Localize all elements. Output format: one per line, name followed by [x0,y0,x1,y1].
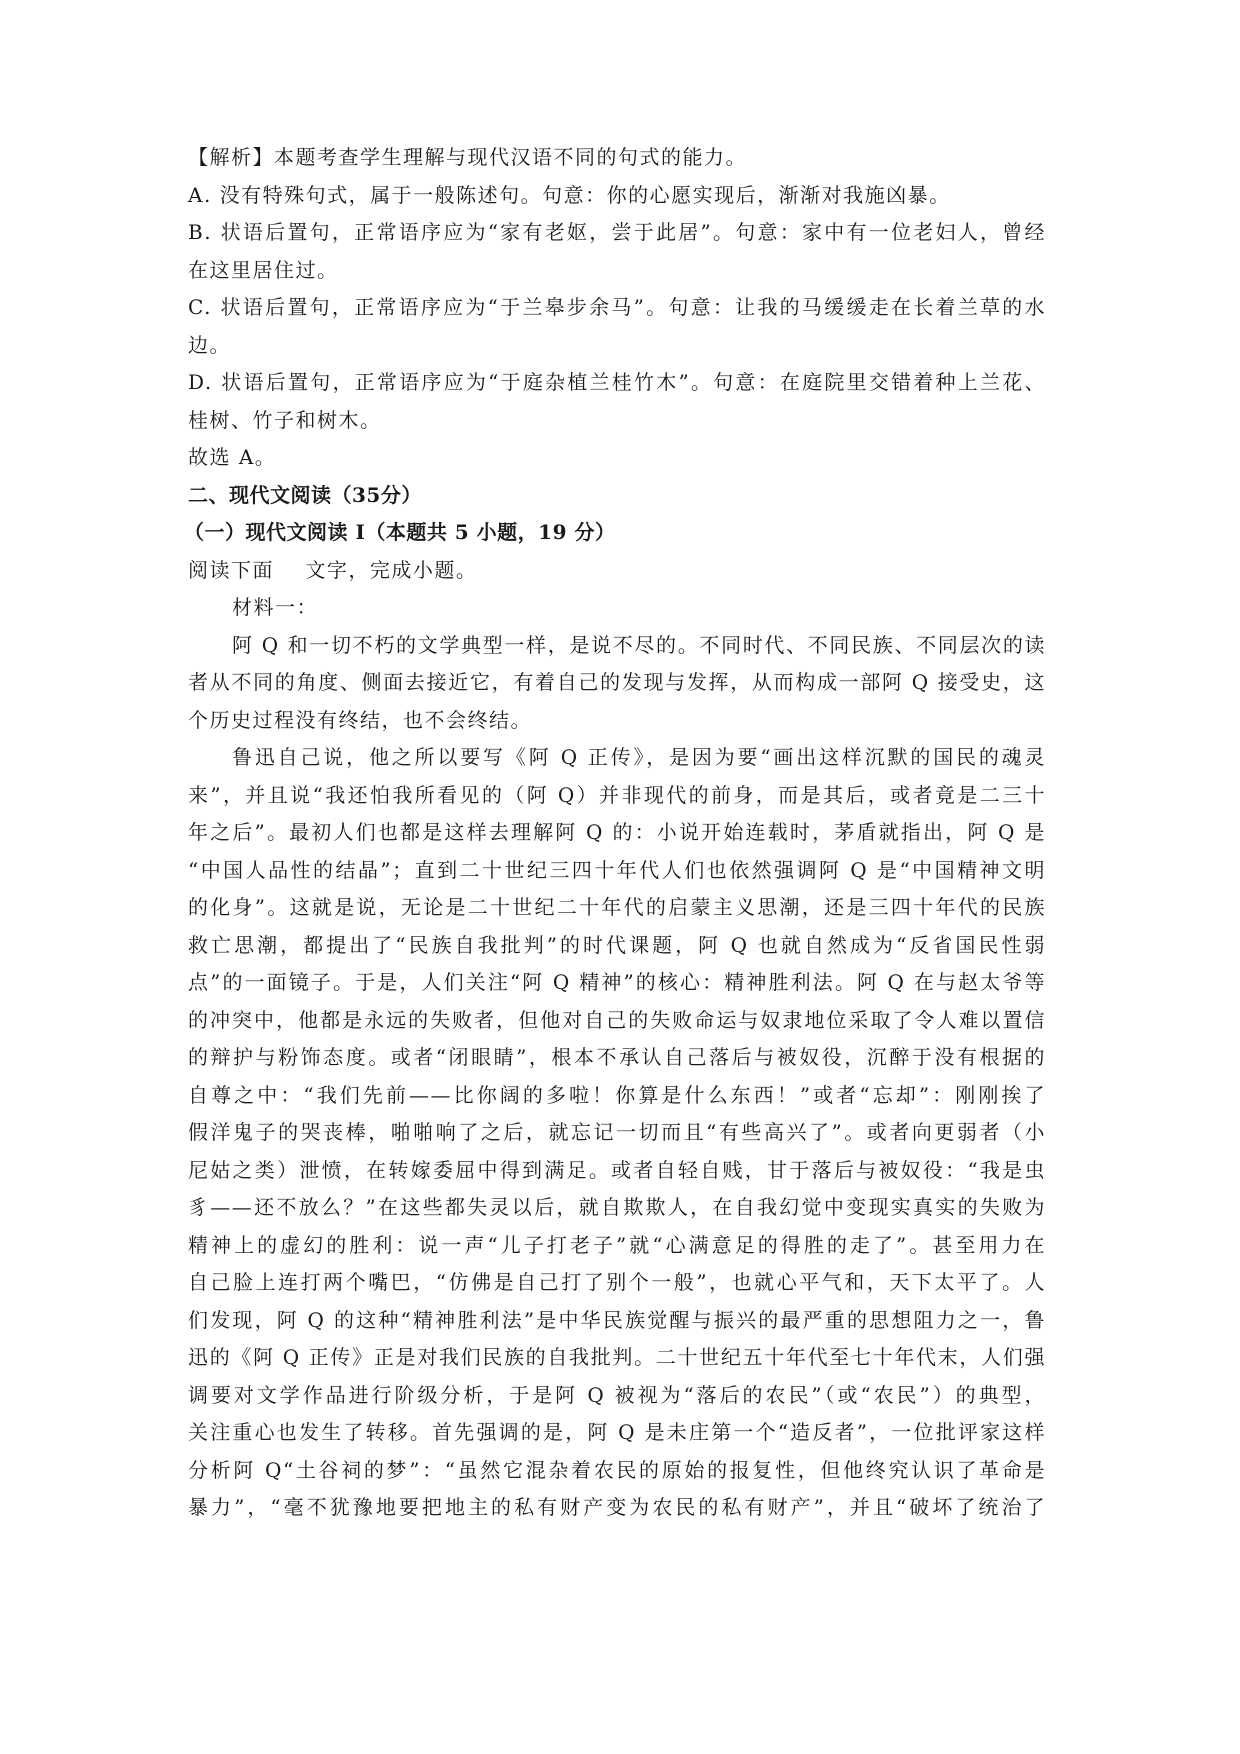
analysis-option-a: A. 没有特殊句式，属于一般陈述句。句意：你的心愿实现后，渐渐对我施凶暴。 [188,177,1046,215]
paragraph-line: 尼姑之类）泄愤，在转嫁委屈中得到满足。或者自轻自贱，甘于落后与被奴役：“我是虫 [188,1152,1046,1190]
paragraph-line: 点”的一面镜子。于是，人们关注“阿 Q 精神”的核心：精神胜利法。阿 Q 在与赵… [188,964,1046,1002]
document-page: 【解析】本题考查学生理解与现代汉语不同的句式的能力。 A. 没有特殊句式，属于一… [188,139,1046,1527]
paragraph-line: 来”，并且说“我还怕我所看见的（阿 Q）并非现代的前身，而是其后，或者竟是二三十 [188,777,1046,815]
analysis-option-d: D. 状语后置句，正常语序应为“于庭杂植兰桂竹木”。句意：在庭院里交错着种上兰花… [188,364,1046,402]
paragraph-line: 迅的《阿 Q 正传》正是对我们民族的自我批判。二十世纪五十年代至七十年代末，人们… [188,1339,1046,1377]
reading-instruction: 阅读下面 文字，完成小题。 [188,552,1046,590]
paragraph-line: 们发现，阿 Q 的这种“精神胜利法”是中华民族觉醒与振兴的最严重的思想阻力之一，… [188,1302,1046,1340]
analysis-option-b: B. 状语后置句，正常语序应为“家有老妪，尝于此居”。句意：家中有一位老妇人，曾… [188,214,1046,252]
section-subheading: （一）现代文阅读 I（本题共 5 小题，19 分） [184,514,1046,552]
analysis-option-c: C. 状语后置句，正常语序应为“于兰皋步余马”。句意：让我的马缓缓走在长着兰草的… [188,289,1046,327]
paragraph-line: 精神上的虚幻的胜利：说一声“儿子打老子”就“心满意足的得胜的走了”。甚至用力在 [188,1227,1046,1265]
analysis-option-b-cont: 在这里居住过。 [188,252,1046,290]
paragraph-line: 关注重心也发生了转移。首先强调的是，阿 Q 是未庄第一个“造反者”，一位批评家这… [188,1414,1046,1452]
analysis-answer: 故选 A。 [188,439,1046,477]
paragraph-line: 豸——还不放么？”在这些都失灵以后，就自欺欺人，在自我幻觉中变现实真实的失败为 [188,1189,1046,1227]
material-label: 材料一： [188,589,1046,627]
analysis-option-c-cont: 边。 [188,327,1046,365]
analysis-intro: 【解析】本题考查学生理解与现代汉语不同的句式的能力。 [188,139,1046,177]
paragraph-line: 个历史过程没有终结，也不会终结。 [188,702,1046,740]
paragraph-line: 调要对文学作品进行阶级分析，于是阿 Q 被视为“落后的农民”（或“农民”）的典型… [188,1377,1046,1415]
paragraph-line: “中国人品性的结晶”；直到二十世纪三四十年代人们也依然强调阿 Q 是“中国精神文… [188,852,1046,890]
paragraph-line: 的辩护与粉饰态度。或者“闭眼睛”，根本不承认自己落后与被奴役，沉醉于没有根据的 [188,1039,1046,1077]
material-paragraph-2: 鲁迅自己说，他之所以要写《阿 Q 正传》，是因为要“画出这样沉默的国民的魂灵 来… [188,739,1046,1527]
analysis-block: 【解析】本题考查学生理解与现代汉语不同的句式的能力。 A. 没有特殊句式，属于一… [188,139,1046,477]
paragraph-line: 自己脸上连打两个嘴巴，“仿佛是自己打了别个一般”，也就心平气和，天下太平了。人 [188,1264,1046,1302]
paragraph-line: 年之后”。最初人们也都是这样去理解阿 Q 的：小说开始连载时，茅盾就指出，阿 Q… [188,814,1046,852]
section-heading: 二、现代文阅读（35分） [188,477,1046,515]
paragraph-line: 阿 Q 和一切不朽的文学典型一样，是说不尽的。不同时代、不同民族、不同层次的读 [188,627,1046,665]
paragraph-line: 分析阿 Q“土谷祠的梦”：“虽然它混杂着农民的原始的报复性，但他终究认识了革命是 [188,1452,1046,1490]
paragraph-line: 的化身”。这就是说，无论是二十世纪二十年代的启蒙主义思潮，还是三四十年代的民族 [188,889,1046,927]
paragraph-line: 假洋鬼子的哭丧棒，啪啪响了之后，就忘记一切而且“有些高兴了”。或者向更弱者（小 [188,1114,1046,1152]
paragraph-line: 救亡思潮，都提出了“民族自我批判”的时代课题，阿 Q 也就自然成为“反省国民性弱 [188,927,1046,965]
paragraph-line: 鲁迅自己说，他之所以要写《阿 Q 正传》，是因为要“画出这样沉默的国民的魂灵 [188,739,1046,777]
paragraph-line: 者从不同的角度、侧面去接近它，有着自己的发现与发挥，从而构成一部阿 Q 接受史，… [188,664,1046,702]
paragraph-line: 自尊之中：“我们先前——比你阔的多啦！你算是什么东西！”或者“忘却”：刚刚挨了 [188,1077,1046,1115]
analysis-option-d-cont: 桂树、竹子和树木。 [188,402,1046,440]
paragraph-line: 暴力”，“毫不犹豫地要把地主的私有财产变为农民的私有财产”，并且“破坏了统治了 [188,1489,1046,1527]
material-paragraph-1: 阿 Q 和一切不朽的文学典型一样，是说不尽的。不同时代、不同民族、不同层次的读 … [188,627,1046,740]
paragraph-line: 的冲突中，他都是永远的失败者，但他对自己的失败命运与奴隶地位采取了令人难以置信 [188,1002,1046,1040]
